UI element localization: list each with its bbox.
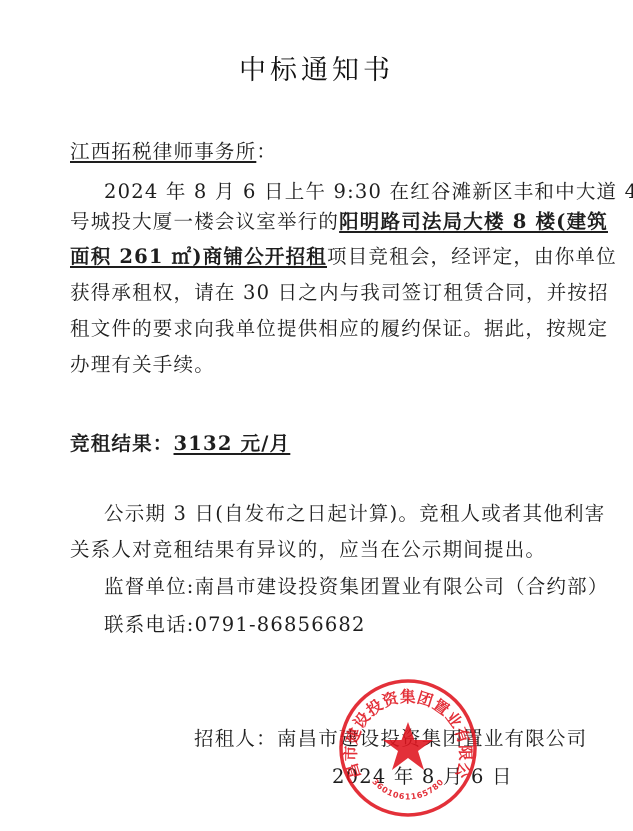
paragraph1-line2-text: 号城投大厦一楼会议室举行的 bbox=[70, 210, 339, 233]
bid-result-label: 竞租结果： bbox=[70, 432, 174, 455]
addressee-colon: ： bbox=[256, 140, 277, 163]
paragraph1-line5: 租文件的要求向我单位提供相应的履约保证。据此，按规定 bbox=[70, 313, 608, 341]
paragraph1-line4: 获得承租权，请在 30 日之内与我司签订租赁合同，并按招 bbox=[70, 277, 609, 305]
addressee-line: 江西拓税律师事务所： bbox=[70, 136, 277, 164]
paragraph1-line2: 号城投大厦一楼会议室举行的阳明路司法局大楼 8 楼(建筑 bbox=[70, 206, 608, 234]
paragraph1-line6: 办理有关手续。 bbox=[70, 349, 215, 377]
issue-date: 2024 年 8 月 6 日 bbox=[332, 761, 513, 789]
supervisor-value: 南昌市建设投资集团置业有限公司（合约部） bbox=[195, 575, 609, 598]
issuer-value: 南昌市建设投资集团置业有限公司 bbox=[277, 727, 588, 750]
paragraph1-line1: 2024 年 8 月 6 日上午 9:30 在红谷滩新区丰和中大道 456 bbox=[104, 176, 633, 204]
paragraph1-line3: 面积 261 ㎡)商铺公开招租项目竞租会，经评定，由你单位 bbox=[70, 241, 617, 269]
issuer-line: 招租人：南昌市建设投资集团置业有限公司 bbox=[194, 723, 587, 751]
document-title: 中标通知书 bbox=[0, 48, 633, 87]
addressee-name: 江西拓税律师事务所 bbox=[70, 140, 256, 163]
issuer-label: 招租人： bbox=[194, 727, 277, 750]
supervisor-label: 监督单位: bbox=[104, 575, 195, 598]
paragraph1-line3-text: 项目竞租会，经评定，由你单位 bbox=[327, 245, 617, 268]
property-name-part1: 阳明路司法局大楼 8 楼(建筑 bbox=[339, 210, 608, 233]
supervisor-line: 监督单位:南昌市建设投资集团置业有限公司（合约部） bbox=[104, 571, 609, 599]
property-name-part2: 面积 261 ㎡)商铺公开招租 bbox=[70, 245, 327, 268]
document-page: 中标通知书 江西拓税律师事务所： 2024 年 8 月 6 日上午 9:30 在… bbox=[0, 0, 633, 831]
contact-phone-label: 联系电话: bbox=[104, 613, 195, 636]
bid-result: 竞租结果：3132 元/月 bbox=[70, 428, 290, 456]
notice-line1: 公示期 3 日(自发布之日起计算)。竞租人或者其他利害 bbox=[104, 498, 605, 526]
contact-phone-value: 0791-86856682 bbox=[195, 613, 366, 636]
notice-line2: 关系人对竞租结果有异议的，应当在公示期间提出。 bbox=[70, 534, 546, 562]
contact-phone-line: 联系电话:0791-86856682 bbox=[104, 609, 366, 637]
bid-result-value: 3132 元/月 bbox=[174, 432, 291, 455]
